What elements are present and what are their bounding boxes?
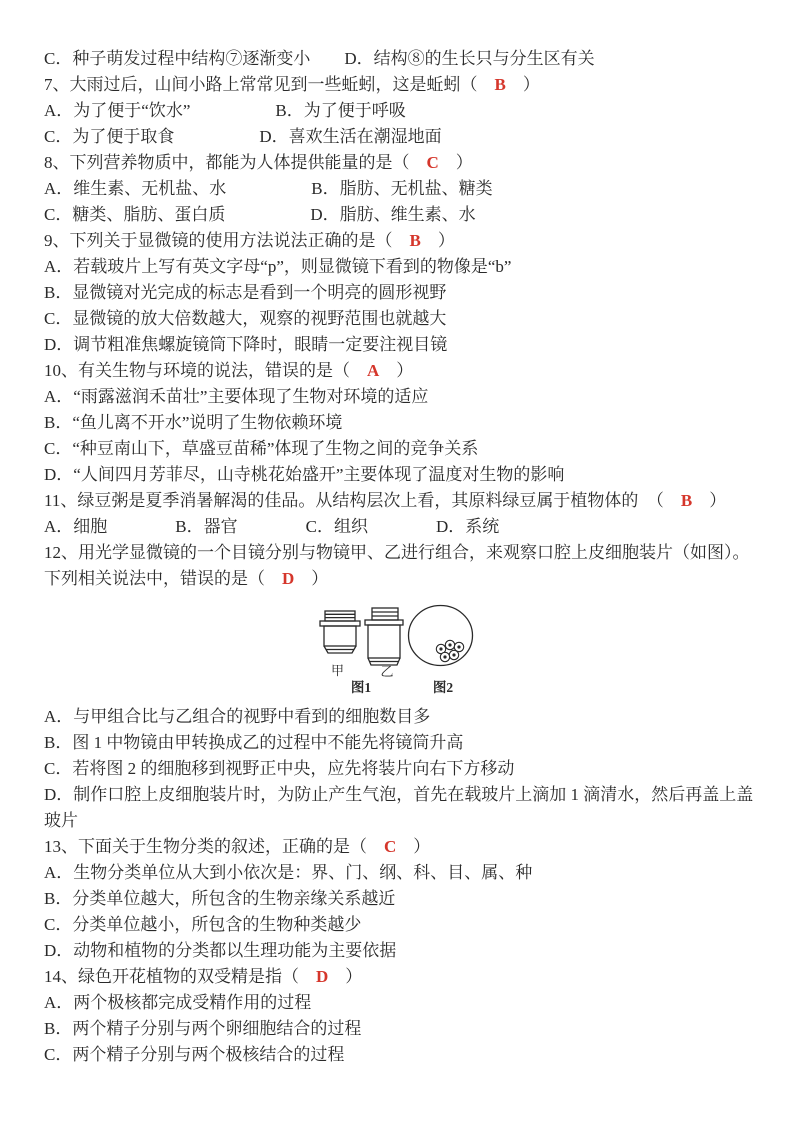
line-text: 下列相关说法中，错误的是（ [44,569,282,588]
exam-line: 9、下列关于显微镜的使用方法说法正确的是（ B ） [44,228,749,254]
exam-line: A．若载玻片上写有英文字母“p”，则显微镜下看到的物像是“b” [44,254,749,280]
figure1-label: 图1 [351,679,371,695]
line-text: 12、用光学显微镜的一个目镜分别与物镜甲、乙进行组合，来观察口腔上皮细胞装片（如… [44,543,750,562]
exam-line: B．分类单位越大，所包含的生物亲缘关系越近 [44,886,749,912]
line-text: C．为了便于取食 D．喜欢生活在潮湿地面 [44,127,442,146]
objective-lens-jia-icon [320,611,360,653]
line-text-after: ） [692,491,726,510]
line-text: A．若载玻片上写有英文字母“p”，则显微镜下看到的物像是“b” [44,257,511,276]
exam-line: A．生物分类单位从大到小依次是：界、门、纲、科、目、属、种 [44,860,749,886]
answer-letter: B [410,231,421,250]
line-text: A．生物分类单位从大到小依次是：界、门、纲、科、目、属、种 [44,863,532,882]
line-text: D．调节粗准焦螺旋镜筒下降时，眼睛一定要注视目镜 [44,335,447,354]
line-text: D．动物和植物的分类都以生理功能为主要依据 [44,941,396,960]
line-text: B．“鱼儿离不开水”说明了生物依赖环境 [44,413,342,432]
line-text: 9、下列关于显微镜的使用方法说法正确的是（ [44,231,410,250]
exam-line: B．两个精子分别与两个卵细胞结合的过程 [44,1016,749,1042]
line-text: A．维生素、无机盐、水 B．脂肪、无机盐、糖类 [44,179,493,198]
line-text: 玻片 [44,811,78,830]
line-text: A．细胞 B．器官 C．组织 D．系统 [44,517,499,536]
line-text-after: ） [328,967,362,986]
answer-letter: C [384,837,396,856]
exam-line: B．“鱼儿离不开水”说明了生物依赖环境 [44,410,749,436]
exam-line: B．图 1 中物镜由甲转换成乙的过程中不能先将镜筒升高 [44,730,749,756]
line-text: B．两个精子分别与两个卵细胞结合的过程 [44,1019,361,1038]
line-text: C．显微镜的放大倍数越大，观察的视野范围也就越大 [44,309,446,328]
answer-letter: C [427,153,439,172]
answer-letter: D [282,569,294,588]
exam-line: 8、下列营养物质中，都能为人体提供能量的是（ C ） [44,150,749,176]
line-text-after: ） [396,837,430,856]
exam-line: C．分类单位越小，所包含的生物种类越少 [44,912,749,938]
line-text: 10、有关生物与环境的说法，错误的是（ [44,361,367,380]
exam-line: 13、下面关于生物分类的叙述，正确的是（ C ） [44,834,749,860]
exam-line: 11、绿豆粥是夏季消暑解渴的佳品。从结构层次上看，其原料绿豆属于植物体的 （ B… [44,488,749,514]
line-text-after: ） [421,231,455,250]
line-text: 11、绿豆粥是夏季消暑解渴的佳品。从结构层次上看，其原料绿豆属于植物体的 （ [44,491,681,510]
exam-line: A．为了便于“饮水” B．为了便于呼吸 [44,98,749,124]
line-text: C．若将图 2 的细胞移到视野正中央，应先将装片向右下方移动 [44,759,514,778]
exam-line: C．种子萌发过程中结构⑦逐渐变小 D．结构⑧的生长只与分生区有关 [44,46,749,72]
line-text-after: ） [439,153,473,172]
answer-letter: A [367,361,379,380]
line-text-after: ） [294,569,328,588]
question12-figure: 甲 乙 图1 图2 [44,592,749,704]
exam-line: B．显微镜对光完成的标志是看到一个明亮的圆形视野 [44,280,749,306]
line-text: A．两个极核都完成受精作用的过程 [44,993,311,1012]
exam-line: A．维生素、无机盐、水 B．脂肪、无机盐、糖类 [44,176,749,202]
line-text: B．分类单位越大，所包含的生物亲缘关系越近 [44,889,395,908]
figure2-label: 图2 [433,679,453,695]
cells-cluster-icon [436,640,463,661]
line-text-after: ） [379,361,413,380]
answer-letter: D [316,967,328,986]
exam-line: 下列相关说法中，错误的是（ D ） [44,566,749,592]
exam-line: A．两个极核都完成受精作用的过程 [44,990,749,1016]
line-text: B．显微镜对光完成的标志是看到一个明亮的圆形视野 [44,283,446,302]
exam-line: C．“种豆南山下，草盛豆苗稀”体现了生物之间的竞争关系 [44,436,749,462]
line-text: A．“雨露滋润禾苗壮”主要体现了生物对环境的适应 [44,387,428,406]
line-text: A．为了便于“饮水” B．为了便于呼吸 [44,101,406,120]
line-text: C．糖类、脂肪、蛋白质 D．脂肪、维生素、水 [44,205,476,224]
objective-lens-yi-icon [365,608,403,665]
line-text: A．与甲组合比与乙组合的视野中看到的细胞数目多 [44,707,430,726]
objective-jia-label: 甲 [331,663,344,678]
exam-line: 7、大雨过后，山间小路上常常见到一些蚯蚓，这是蚯蚓（ B ） [44,72,749,98]
exam-line: A．与甲组合比与乙组合的视野中看到的细胞数目多 [44,704,749,730]
microscope-figure-drawing: 甲 乙 图1 图2 [315,598,480,698]
exam-line: A．细胞 B．器官 C．组织 D．系统 [44,514,749,540]
line-text: 8、下列营养物质中，都能为人体提供能量的是（ [44,153,427,172]
line-text: C．“种豆南山下，草盛豆苗稀”体现了生物之间的竞争关系 [44,439,478,458]
line-text: C．两个精子分别与两个极核结合的过程 [44,1045,344,1064]
answer-letter: B [495,75,506,94]
exam-line: C．两个精子分别与两个极核结合的过程 [44,1042,749,1068]
line-text: B．图 1 中物镜由甲转换成乙的过程中不能先将镜筒升高 [44,733,463,752]
line-text: 14、绿色开花植物的双受精是指（ [44,967,316,986]
exam-line: C．显微镜的放大倍数越大，观察的视野范围也就越大 [44,306,749,332]
exam-line: 10、有关生物与环境的说法，错误的是（ A ） [44,358,749,384]
exam-line: C．为了便于取食 D．喜欢生活在潮湿地面 [44,124,749,150]
exam-line: C．若将图 2 的细胞移到视野正中央，应先将装片向右下方移动 [44,756,749,782]
line-text: D．制作口腔上皮细胞装片时，为防止产生气泡，首先在载玻片上滴加 1 滴清水，然后… [44,785,753,804]
exam-line: 14、绿色开花植物的双受精是指（ D ） [44,964,749,990]
exam-line: 玻片 [44,808,749,834]
line-text: D．“人间四月芳菲尽，山寺桃花始盛开”主要体现了温度对生物的影响 [44,465,564,484]
exam-line: A．“雨露滋润禾苗壮”主要体现了生物对环境的适应 [44,384,749,410]
line-text: 13、下面关于生物分类的叙述，正确的是（ [44,837,384,856]
line-text: 7、大雨过后，山间小路上常常见到一些蚯蚓，这是蚯蚓（ [44,75,495,94]
exam-line: D．调节粗准焦螺旋镜筒下降时，眼睛一定要注视目镜 [44,332,749,358]
answer-letter: B [681,491,692,510]
exam-line: D．制作口腔上皮细胞装片时，为防止产生气泡，首先在载玻片上滴加 1 滴清水，然后… [44,782,749,808]
exam-line: D．动物和植物的分类都以生理功能为主要依据 [44,938,749,964]
objective-yi-label: 乙 [380,664,393,679]
exam-question-document: C．种子萌发过程中结构⑦逐渐变小 D．结构⑧的生长只与分生区有关 7、大雨过后，… [0,0,793,1068]
line-text: C．分类单位越小，所包含的生物种类越少 [44,915,361,934]
line-text-after: ） [506,75,540,94]
exam-line: D．“人间四月芳菲尽，山寺桃花始盛开”主要体现了温度对生物的影响 [44,462,749,488]
line-text: C．种子萌发过程中结构⑦逐渐变小 D．结构⑧的生长只与分生区有关 [44,49,595,68]
exam-line: 12、用光学显微镜的一个目镜分别与物镜甲、乙进行组合，来观察口腔上皮细胞装片（如… [44,540,749,566]
exam-line: C．糖类、脂肪、蛋白质 D．脂肪、维生素、水 [44,202,749,228]
